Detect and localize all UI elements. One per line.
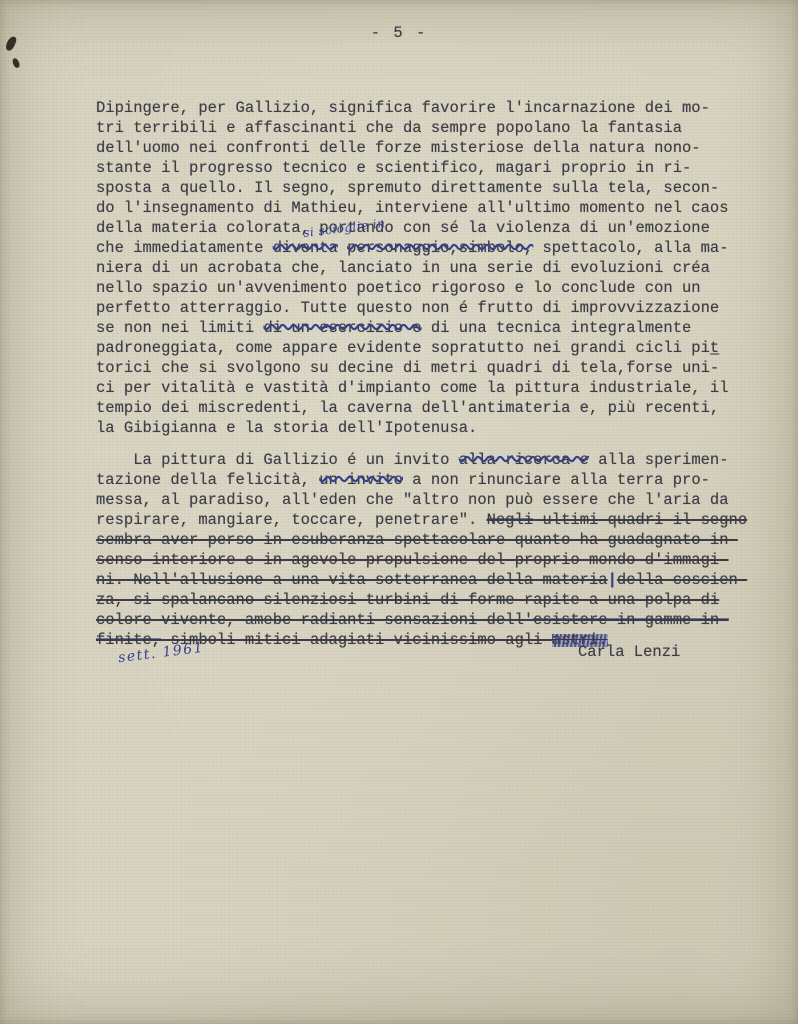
text-segment: a non rinunciare alla terra pro- [403, 471, 710, 489]
struck-text-segment: za, si spalancano silenziosi turbini di … [96, 591, 719, 609]
text-line: della materia colorata, portando con sé … [96, 218, 746, 238]
text-line: se non nei limiti di un esercizio e di u… [96, 318, 746, 338]
text-segment: alla sperimen- [589, 451, 729, 469]
text-segment: do l'insegnamento di Mathieu, interviene… [96, 199, 729, 217]
text-segment: spettacolo, alla ma- [533, 239, 728, 257]
text-line: colore vivente, amebe radianti sensazion… [96, 610, 746, 630]
document-page: - 5 - Dipingere, per Gallizio, significa… [0, 0, 798, 1024]
struck-text-segment: diventa [273, 239, 338, 257]
struck-text-segment: senso interiore e in agevole propulsione… [96, 551, 729, 569]
text-segment: di una tecnica integralmente [422, 319, 692, 337]
text-segment: Dipingere, per Gallizio, significa favor… [96, 99, 710, 117]
text-line: respirare, mangiare, toccare, penetrare"… [96, 510, 746, 530]
text-segment: se non nei limiti [96, 319, 263, 337]
struck-text-segment: ultimi quadri il segno [533, 511, 747, 529]
struck-text-segment: un invito [319, 471, 403, 489]
struck-text-segment: alla ricerca e [459, 451, 589, 469]
text-segment: La pittura di Gallizio é un invito [96, 451, 459, 469]
text-line: do l'insegnamento di Mathieu, interviene… [96, 198, 746, 218]
author-signature: Carla Lenzi [578, 643, 680, 661]
text-line: Dipingere, per Gallizio, significa favor… [96, 98, 746, 118]
text-segment: nello spazio un'avvenimento poetico rigo… [96, 279, 701, 297]
struck-text-segment: simboli mitici adagiati vicinissimo agli [161, 631, 552, 649]
text-line: sposta a quello. Il segno, spremuto dire… [96, 178, 746, 198]
text-line: La pittura di Gallizio é un invito alla … [96, 450, 746, 470]
struck-text-segment: sembra aver perso in esuberanza spettaco… [96, 531, 738, 549]
text-segment: messa, al paradiso, all'eden che "altro … [96, 491, 729, 509]
text-line: za, si spalancano silenziosi turbini di … [96, 590, 746, 610]
struck-text-segment: di un esercizio e [263, 319, 421, 337]
text-line: ci per vitalità e vastità d'impianto com… [96, 378, 746, 398]
text-line: padroneggiata, come appare evidente sopr… [96, 338, 746, 358]
struck-text-segment: ni. Nell'allusione a una vita sotterrane… [96, 571, 608, 589]
text-line: sembra aver perso in esuberanza spettaco… [96, 530, 746, 550]
text-line: tri terribili e affascinanti che da semp… [96, 118, 746, 138]
struck-text-segment: esistere in gamme in- [533, 611, 728, 629]
ink-blot-mark [12, 57, 21, 68]
text-segment: stante il progresso tecnico e scientific… [96, 159, 691, 177]
text-line: che immediatamente diventa personaggio,s… [96, 238, 746, 258]
text-segment: torici che si svolgono su decine di metr… [96, 359, 719, 377]
text-segment: tazione della felicità, [96, 471, 319, 489]
text-line: tempio dei miscredenti, la caverna dell'… [96, 398, 746, 418]
text-line: tazione della felicità, un invito a non … [96, 470, 746, 490]
text-line: la Gibigianna e la storia dell'Ipotenusa… [96, 418, 746, 438]
text-line: torici che si svolgono su decine di metr… [96, 358, 746, 378]
typewritten-text-body: Dipingere, per Gallizio, significa favor… [96, 98, 746, 650]
text-segment: ci per vitalità e vastità d'impianto com… [96, 379, 729, 397]
text-segment: dell'uomo nei confronti delle forze mist… [96, 139, 701, 157]
struck-text-segment: della coscien- [617, 571, 747, 589]
text-line: senso interiore e in agevole propulsione… [96, 550, 746, 570]
text-segment: tri terribili e affascinanti che da semp… [96, 119, 682, 137]
text-line: messa, al paradiso, all'eden che "altro … [96, 490, 746, 510]
text-segment: padroneggiata, come appare evidente sopr… [96, 339, 719, 357]
text-segment: della materia colorata, portando con sé … [96, 219, 710, 237]
text-line: nello spazio un'avvenimento poetico rigo… [96, 278, 746, 298]
text-line: dell'uomo nei confronti delle forze mist… [96, 138, 746, 158]
paragraph: La pittura di Gallizio é un invito alla … [96, 450, 746, 650]
struck-text-segment: Negli [487, 511, 534, 529]
text-line: stante il progresso tecnico e scientific… [96, 158, 746, 178]
text-segment: respirare, mangiare, toccare, penetrare"… [96, 511, 487, 529]
text-segment: perfetto atterraggio. Tutte questo non é… [96, 299, 719, 317]
text-line: ni. Nell'allusione a una vita sotterrane… [96, 570, 746, 590]
text-segment: che immediatamente [96, 239, 273, 257]
text-segment: la Gibigianna e la storia dell'Ipotenusa… [96, 419, 477, 437]
text-line: perfetto atterraggio. Tutte questo non é… [96, 298, 746, 318]
text-line: niera di un acrobata che, lanciato in un… [96, 258, 746, 278]
text-segment: niera di un acrobata che, lanciato in un… [96, 259, 710, 277]
text-segment: | [608, 571, 617, 589]
text-segment [338, 239, 347, 257]
text-segment: sposta a quello. Il segno, spremuto dire… [96, 179, 719, 197]
page-number: - 5 - [0, 24, 798, 42]
struck-text-segment: colore vivente, amebe radianti sensazion… [96, 611, 533, 629]
paragraph: Dipingere, per Gallizio, significa favor… [96, 98, 746, 438]
struck-text-segment: personaggio,simbolo, [347, 239, 533, 257]
text-segment: tempio dei miscredenti, la caverna dell'… [96, 399, 719, 417]
